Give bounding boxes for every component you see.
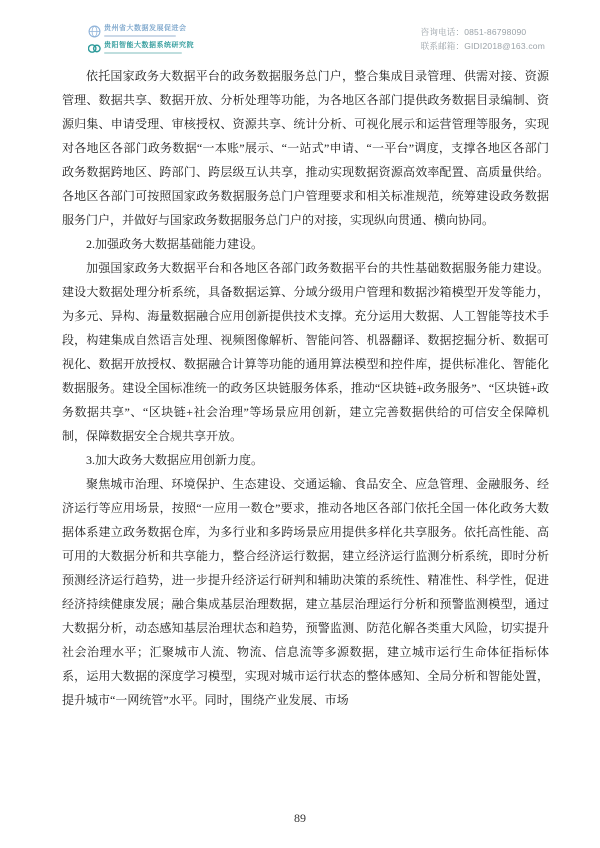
contact-info: 咨询电话：0851-86798090 联系邮箱：GIDI2018@163.com <box>421 25 545 53</box>
institute-logo: 贵阳智能大数据系统研究院 <box>88 42 194 55</box>
phone-line: 咨询电话：0851-86798090 <box>421 25 545 39</box>
phone-label: 咨询电话： <box>421 27 465 37</box>
document-body: 依托国家政务大数据平台的政务数据服务总门户，整合集成目录管理、供需对接、资源管理… <box>62 64 549 712</box>
paragraph-application: 聚焦城市治理、环境保护、生态建设、交通运输、食品安全、应急管理、金融服务、经济运… <box>62 472 549 712</box>
heading-item-2: 2.加强政务大数据基础能力建设。 <box>62 232 549 256</box>
institute-tagline <box>104 52 182 54</box>
association-tagline <box>104 35 176 37</box>
page-number: 89 <box>0 811 600 826</box>
phone-value: 0851-86798090 <box>464 27 526 37</box>
email-value: GIDI2018@163.com <box>464 41 545 51</box>
association-emblem-icon <box>88 25 101 38</box>
heading-item-3: 3.加大政务大数据应用创新力度。 <box>62 448 549 472</box>
page-header: 贵州省大数据发展促进会 贵阳智能大数据系统研究院 咨 <box>88 25 545 55</box>
email-label: 联系邮箱： <box>421 41 465 51</box>
institute-rings-icon <box>88 42 101 55</box>
association-logo: 贵州省大数据发展促进会 <box>88 25 194 38</box>
association-name: 贵州省大数据发展促进会 <box>104 25 187 33</box>
logo-group: 贵州省大数据发展促进会 贵阳智能大数据系统研究院 <box>88 25 194 55</box>
email-line: 联系邮箱：GIDI2018@163.com <box>421 39 545 53</box>
institute-name: 贵阳智能大数据系统研究院 <box>104 42 194 50</box>
document-page: 贵州省大数据发展促进会 贵阳智能大数据系统研究院 咨 <box>0 0 600 848</box>
paragraph-capability: 加强国家政务大数据平台和各地区各部门政务数据平台的共性基础数据服务能力建设。建设… <box>62 256 549 448</box>
paragraph-portal: 依托国家政务大数据平台的政务数据服务总门户，整合集成目录管理、供需对接、资源管理… <box>62 64 549 232</box>
